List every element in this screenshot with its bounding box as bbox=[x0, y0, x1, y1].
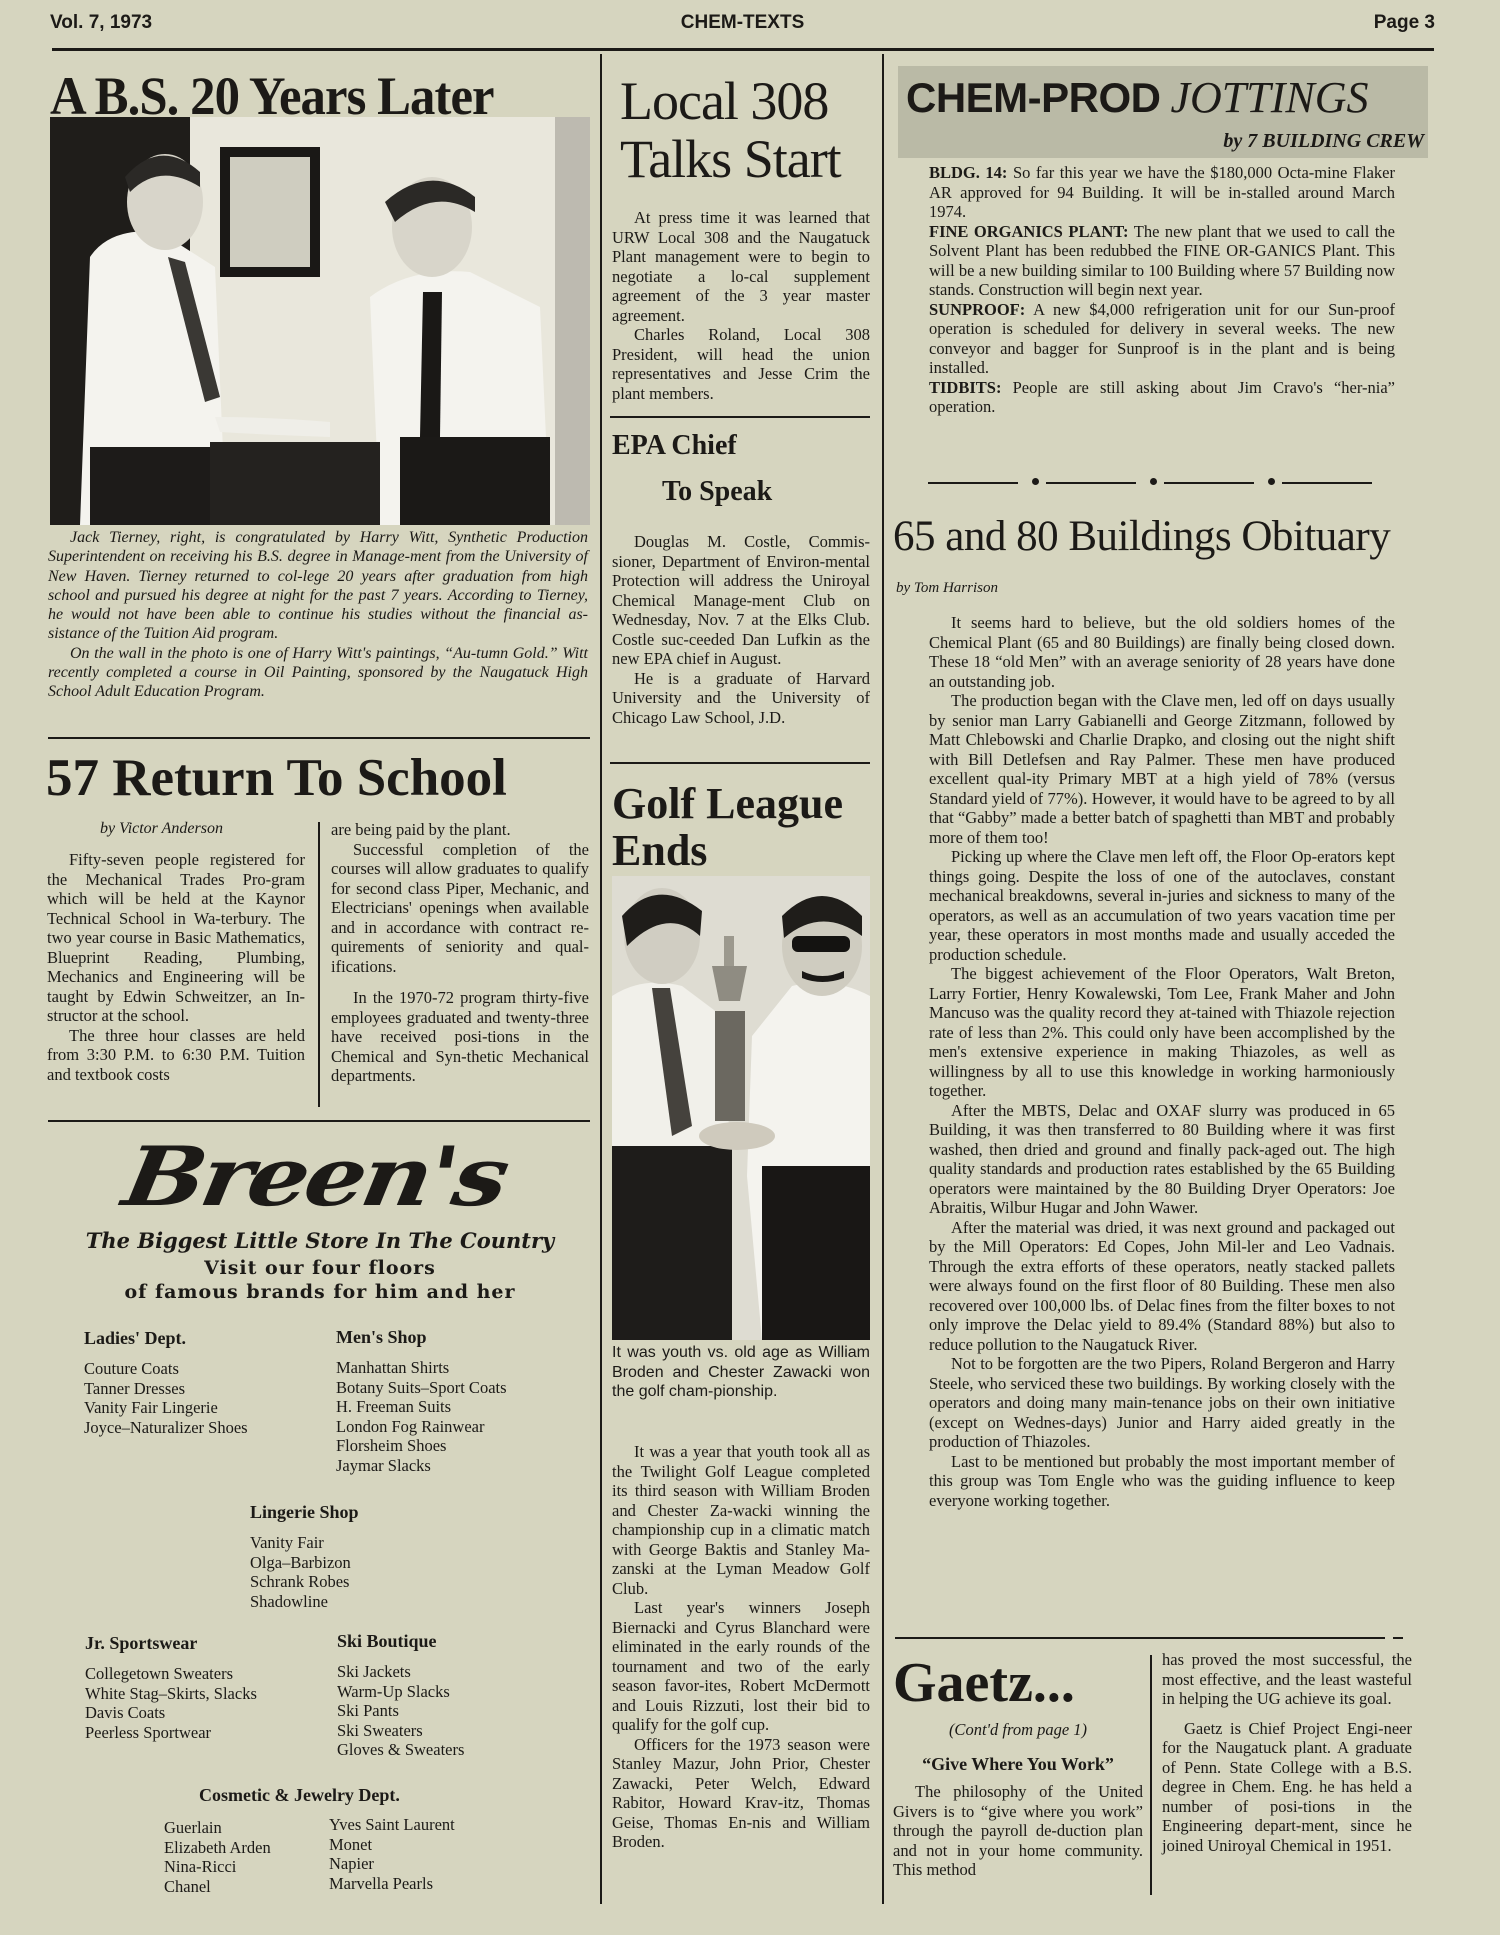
dept-items: Collegetown Sweaters White Stag–Skirts, … bbox=[85, 1664, 257, 1742]
jotting-item: TIDBITS: People are still asking about J… bbox=[929, 378, 1395, 417]
article-paragraph: It was a year that youth took all as the… bbox=[612, 1442, 870, 1598]
dept-item: Vanity Fair bbox=[250, 1533, 359, 1553]
jotting-label: TIDBITS: bbox=[929, 378, 1001, 397]
dept-item: Jaymar Slacks bbox=[336, 1456, 507, 1476]
photo-golf-trophy bbox=[612, 876, 870, 1340]
caption-paragraph: Jack Tierney, right, is congratulated by… bbox=[48, 528, 588, 644]
article-paragraph: At press time it was learned that URW Lo… bbox=[612, 208, 870, 325]
jottings-byline: by 7 BUILDING CREW bbox=[1223, 130, 1424, 153]
jottings-title-italic: JOTTINGS bbox=[1171, 73, 1369, 122]
masthead-rule bbox=[52, 48, 1434, 51]
subheadline: “Give Where You Work” bbox=[893, 1754, 1143, 1775]
article-paragraph: It seems hard to believe, but the old so… bbox=[929, 613, 1395, 691]
photo-handshake bbox=[50, 117, 590, 525]
dept-items: Vanity Fair Olga–Barbizon Schrank Robes … bbox=[250, 1533, 359, 1611]
section-rule-dash bbox=[1393, 1637, 1403, 1639]
dept-item: Florsheim Shoes bbox=[336, 1436, 507, 1456]
jotting-label: SUNPROOF: bbox=[929, 300, 1025, 319]
article-paragraph: Not to be forgotten are the two Pipers, … bbox=[929, 1354, 1395, 1452]
dept-cosmetic-items-right: Yves Saint Laurent Monet Napier Marvella… bbox=[329, 1815, 455, 1893]
dept-cosmetic-items-left: Guerlain Elizabeth Arden Nina-Ricci Chan… bbox=[164, 1818, 271, 1896]
dept-item: Yves Saint Laurent bbox=[329, 1815, 455, 1835]
caption-paragraph: On the wall in the photo is one of Harry… bbox=[48, 644, 588, 702]
section-rule bbox=[48, 1120, 590, 1122]
headline-to-speak: To Speak bbox=[662, 476, 772, 508]
column-divider-2 bbox=[882, 54, 884, 1904]
dept-item: Couture Coats bbox=[84, 1359, 248, 1379]
jotting-label: FINE ORGANICS PLANT: bbox=[929, 222, 1129, 241]
dept-item: Chanel bbox=[164, 1877, 271, 1897]
headline-line-1: Local 308 bbox=[620, 72, 880, 130]
dept-item: Joyce–Naturalizer Shoes bbox=[84, 1418, 248, 1438]
dept-item: White Stag–Skirts, Slacks bbox=[85, 1684, 257, 1704]
headline-return-to-school: 57 Return To School bbox=[46, 748, 507, 808]
dept-cosmetic: Cosmetic & Jewelry Dept. bbox=[199, 1785, 400, 1806]
column-divider-1 bbox=[600, 54, 602, 1904]
dept-item: H. Freeman Suits bbox=[336, 1397, 507, 1417]
article-paragraph: The philosophy of the United Givers is t… bbox=[893, 1782, 1143, 1880]
jotting-item: FINE ORGANICS PLANT: The new plant that … bbox=[929, 222, 1395, 300]
dept-item: Nina-Ricci bbox=[164, 1857, 271, 1877]
dept-title: Lingerie Shop bbox=[250, 1502, 359, 1523]
dept-mens: Men's Shop Manhattan Shirts Botany Suits… bbox=[336, 1327, 507, 1476]
article-paragraph: In the 1970-72 program thirty-five emplo… bbox=[331, 988, 589, 1086]
headline-line-2: Ends bbox=[612, 827, 843, 874]
epa-body: Douglas M. Costle, Commis-sioner, Depart… bbox=[612, 532, 870, 727]
dept-item: Schrank Robes bbox=[250, 1572, 359, 1592]
article-paragraph: Successful completion of the courses wil… bbox=[331, 840, 589, 977]
headline-line-1: Golf League bbox=[612, 780, 843, 827]
column-divider bbox=[1150, 1655, 1152, 1895]
byline: by Victor Anderson bbox=[100, 820, 223, 838]
dept-item: Monet bbox=[329, 1835, 455, 1855]
masthead: Vol. 7, 1973 CHEM-TEXTS Page 3 bbox=[50, 12, 1435, 40]
gaetz-col1: The philosophy of the United Givers is t… bbox=[893, 1782, 1143, 1880]
photo-golf-trophy-image bbox=[612, 876, 870, 1340]
dept-item: Ski Jackets bbox=[337, 1662, 464, 1682]
gaetz-col2: has proved the most successful, the most… bbox=[1162, 1650, 1412, 1855]
dept-title: Ski Boutique bbox=[337, 1631, 464, 1652]
page-number: Page 3 bbox=[1374, 12, 1435, 34]
dept-item: Guerlain bbox=[164, 1818, 271, 1838]
section-rule bbox=[895, 1637, 1385, 1639]
dept-item: Ski Pants bbox=[337, 1701, 464, 1721]
photo-caption-bs: Jack Tierney, right, is congratulated by… bbox=[48, 528, 588, 702]
dept-title: Cosmetic & Jewelry Dept. bbox=[199, 1785, 400, 1806]
article-paragraph: Last year's winners Joseph Biernacki and… bbox=[612, 1598, 870, 1735]
dept-ladies: Ladies' Dept. Couture Coats Tanner Dress… bbox=[84, 1328, 248, 1437]
headline-golf-league: Golf League Ends bbox=[612, 780, 843, 874]
dept-title: Ladies' Dept. bbox=[84, 1328, 248, 1349]
article-paragraph: Fifty-seven people registered for the Me… bbox=[47, 850, 305, 1026]
jottings-title: CHEM-PRODJOTTINGS bbox=[906, 72, 1369, 123]
article-paragraph: Officers for the 1973 season were Stanle… bbox=[612, 1735, 870, 1852]
article-paragraph: The three hour classes are held from 3:3… bbox=[47, 1026, 305, 1085]
dept-item: London Fog Rainwear bbox=[336, 1417, 507, 1437]
school-article-col1: Fifty-seven people registered for the Me… bbox=[47, 850, 305, 1084]
local-308-body: At press time it was learned that URW Lo… bbox=[612, 208, 870, 403]
article-paragraph: Gaetz is Chief Project Engi-neer for the… bbox=[1162, 1719, 1412, 1856]
article-paragraph: are being paid by the plant. bbox=[331, 820, 589, 840]
headline-line-2: Talks Start bbox=[620, 130, 880, 188]
dept-item: Tanner Dresses bbox=[84, 1379, 248, 1399]
dept-item: Gloves & Sweaters bbox=[337, 1740, 464, 1760]
article-paragraph: He is a graduate of Harvard University a… bbox=[612, 669, 870, 728]
jottings-body: BLDG. 14: So far this year we have the $… bbox=[929, 163, 1395, 417]
photo-caption-golf: It was youth vs. old age as William Brod… bbox=[612, 1343, 870, 1402]
golf-body: It was a year that youth took all as the… bbox=[612, 1442, 870, 1852]
jotting-item: SUNPROOF: A new $4,000 refrigeration uni… bbox=[929, 300, 1395, 378]
school-article-col2: are being paid by the plant. Successful … bbox=[331, 820, 589, 1086]
dept-item: Peerless Sportwear bbox=[85, 1723, 257, 1743]
column-divider bbox=[318, 822, 320, 1107]
article-paragraph: Douglas M. Costle, Commis-sioner, Depart… bbox=[612, 532, 870, 669]
publication-title: CHEM-TEXTS bbox=[50, 12, 1435, 34]
dept-item: Manhattan Shirts bbox=[336, 1358, 507, 1378]
breens-tagline: The Biggest Little Store In The Country bbox=[50, 1228, 590, 1253]
jottings-title-bold: CHEM-PROD bbox=[906, 74, 1161, 121]
article-paragraph: Charles Roland, Local 308 President, wil… bbox=[612, 325, 870, 403]
photo-handshake-image bbox=[50, 117, 590, 525]
dept-items: Ski Jackets Warm-Up Slacks Ski Pants Ski… bbox=[337, 1662, 464, 1760]
headline-obituary: 65 and 80 Buildings Obituary bbox=[893, 512, 1390, 561]
headline-gaetz: Gaetz... bbox=[893, 1652, 1075, 1714]
article-paragraph: The biggest achievement of the Floor Ope… bbox=[929, 964, 1395, 1101]
dept-item: Olga–Barbizon bbox=[250, 1553, 359, 1573]
dept-title: Men's Shop bbox=[336, 1327, 507, 1348]
dept-item: Elizabeth Arden bbox=[164, 1838, 271, 1858]
dept-item: Collegetown Sweaters bbox=[85, 1664, 257, 1684]
dept-item: Shadowline bbox=[250, 1592, 359, 1612]
jotting-item: BLDG. 14: So far this year we have the $… bbox=[929, 163, 1395, 222]
dept-title: Jr. Sportswear bbox=[85, 1633, 257, 1654]
dept-item: Davis Coats bbox=[85, 1703, 257, 1723]
dept-items: Manhattan Shirts Botany Suits–Sport Coat… bbox=[336, 1358, 507, 1476]
article-paragraph: Last to be mentioned but probably the mo… bbox=[929, 1452, 1395, 1511]
headline-epa-chief: EPA Chief bbox=[612, 430, 737, 462]
obituary-body: It seems hard to believe, but the old so… bbox=[929, 613, 1395, 1510]
breens-visit-text: Visit our four floors of famous brands f… bbox=[50, 1256, 590, 1304]
breens-logo: Breen's bbox=[117, 1130, 513, 1224]
dept-items: Couture Coats Tanner Dresses Vanity Fair… bbox=[84, 1359, 248, 1437]
dept-item: Marvella Pearls bbox=[329, 1874, 455, 1894]
section-rule bbox=[48, 737, 590, 739]
dept-item: Botany Suits–Sport Coats bbox=[336, 1378, 507, 1398]
breens-visit-line-1: Visit our four floors bbox=[50, 1256, 590, 1280]
dept-junior: Jr. Sportswear Collegetown Sweaters Whit… bbox=[85, 1633, 257, 1742]
continued-note: (Cont'd from page 1) bbox=[893, 1720, 1143, 1740]
headline-local-308: Local 308 Talks Start bbox=[620, 72, 880, 188]
article-paragraph: After the material was dried, it was nex… bbox=[929, 1218, 1395, 1355]
section-rule bbox=[610, 416, 870, 418]
dept-item: Vanity Fair Lingerie bbox=[84, 1398, 248, 1418]
dept-ski: Ski Boutique Ski Jackets Warm-Up Slacks … bbox=[337, 1631, 464, 1760]
dept-item: Warm-Up Slacks bbox=[337, 1682, 464, 1702]
byline: by Tom Harrison bbox=[896, 580, 998, 597]
article-paragraph: has proved the most successful, the most… bbox=[1162, 1650, 1412, 1709]
jotting-label: BLDG. 14: bbox=[929, 163, 1007, 182]
article-paragraph: The production began with the Clave men,… bbox=[929, 691, 1395, 847]
article-paragraph: After the MBTS, Delac and OXAF slurry wa… bbox=[929, 1101, 1395, 1218]
section-rule bbox=[610, 762, 870, 764]
dept-lingerie: Lingerie Shop Vanity Fair Olga–Barbizon … bbox=[250, 1502, 359, 1611]
dept-item: Ski Sweaters bbox=[337, 1721, 464, 1741]
ornamental-divider bbox=[928, 474, 1396, 490]
dept-item: Napier bbox=[329, 1854, 455, 1874]
breens-visit-line-2: of famous brands for him and her bbox=[50, 1280, 590, 1304]
article-paragraph: Picking up where the Clave men left off,… bbox=[929, 847, 1395, 964]
